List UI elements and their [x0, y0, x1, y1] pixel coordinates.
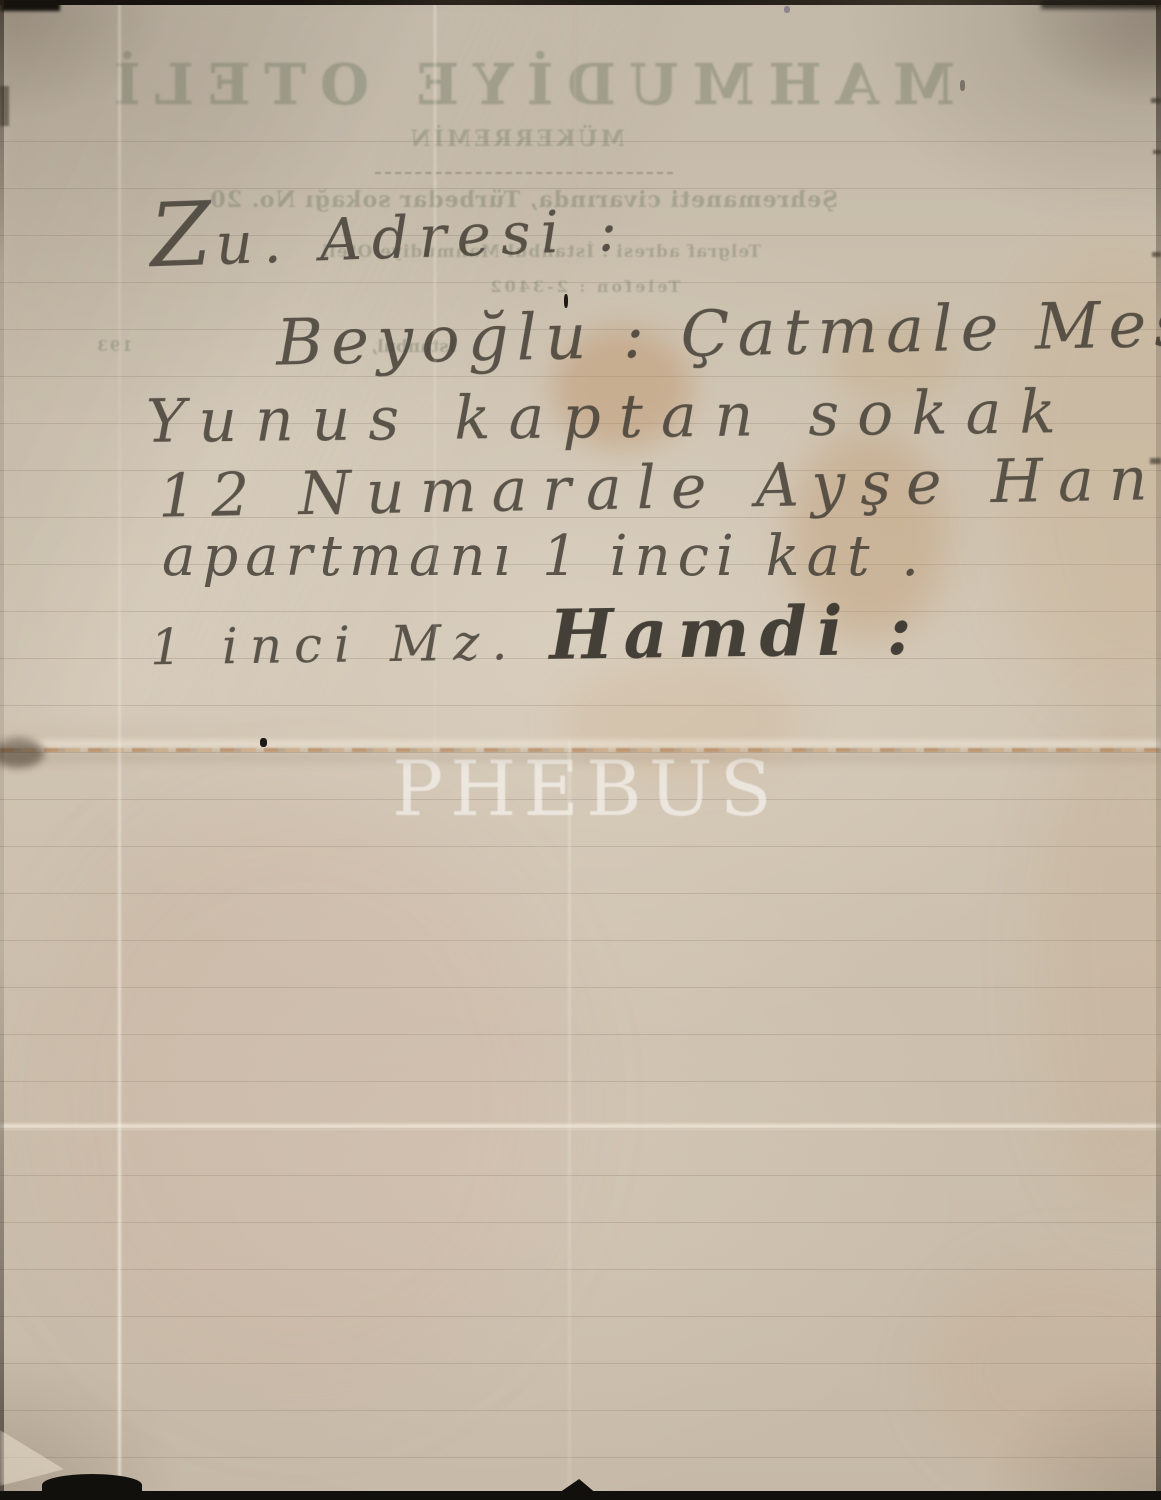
- corner-vignette: [0, 0, 1161, 1500]
- edge-tear-mark: [1152, 252, 1161, 257]
- scanned-document: MAHMUDİYE OTELİ MÜKERREMİN Şehremaneti c…: [0, 0, 1161, 1500]
- torn-edge-top: [0, 0, 1161, 5]
- edge-tear-mark: [1150, 458, 1161, 464]
- torn-edge-right: [1156, 0, 1161, 1500]
- torn-edge-top-right: [1041, 0, 1161, 9]
- edge-tear-mark: [1153, 150, 1161, 154]
- torn-edge-left: [0, 0, 4, 1500]
- bottom-tear-hole: [42, 1474, 142, 1496]
- edge-tear-mark: [0, 86, 9, 126]
- edge-tear-mark: [1151, 98, 1161, 103]
- torn-edge-top-left: [0, 0, 60, 11]
